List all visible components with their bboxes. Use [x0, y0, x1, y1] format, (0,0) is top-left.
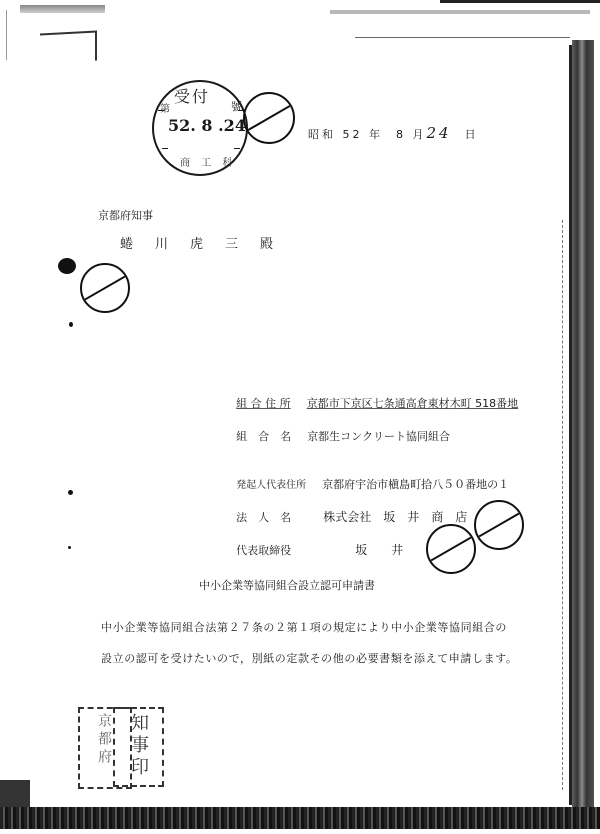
representative-seal-stamp — [474, 500, 524, 550]
receipt-seal-stamp — [80, 263, 130, 313]
seal-text: 京都府 — [94, 713, 114, 767]
body-line: 中小企業等協同組合法第２７条の２第１項の規定により中小企業等協同組合の — [101, 619, 507, 635]
page-border-dashed — [562, 220, 564, 790]
scan-edge-right — [572, 40, 594, 810]
personal-seal-stamp — [243, 92, 295, 144]
page-border-line — [355, 37, 570, 38]
scan-smudge — [20, 5, 105, 13]
stamp-tick — [162, 148, 168, 149]
field-label: 組 合 名 — [236, 430, 291, 443]
official-seal-right: 知事印 — [113, 707, 164, 787]
addressee-title: 京都府知事 — [98, 207, 153, 223]
field-label: 代表取締役 — [236, 544, 291, 557]
application-date: 昭和 52 年 8 月24 日 — [308, 124, 479, 142]
stamp-right-label: 號 — [231, 98, 242, 114]
scan-edge-left — [6, 10, 7, 60]
field-union-name: 組 合 名 京都生コンクリート協同組合 — [226, 403, 450, 445]
corner-fold-mark — [40, 31, 97, 64]
addressee-person: 蜷川虎三 — [120, 237, 260, 252]
date-year-unit: 年 — [369, 128, 383, 141]
date-day: 24 — [427, 124, 452, 142]
punch-mark — [68, 490, 73, 495]
date-month: 8 — [396, 128, 406, 141]
punch-mark — [69, 322, 73, 327]
punch-mark — [68, 546, 71, 549]
stamp-top-label: 受付 — [174, 84, 210, 107]
stamp-bottom-label: 商 工 科 — [180, 154, 236, 169]
body-line: 設立の認可を受けたいので，別紙の定款その他の必要書類を添えて申請します。 — [101, 650, 518, 666]
field-value: 京都生コンクリート協同組合 — [307, 430, 450, 443]
date-year: 52 — [343, 128, 363, 141]
scan-smudge — [330, 10, 590, 14]
seal-text: 知事印 — [125, 713, 151, 779]
corporate-seal-stamp — [426, 524, 476, 574]
scan-edge-bottom — [0, 807, 600, 829]
stamp-tick — [158, 110, 164, 111]
ink-blot — [58, 258, 76, 274]
date-era: 昭和 — [308, 128, 336, 141]
date-day-unit: 日 — [465, 128, 479, 141]
stamp-left-label: 第 — [160, 100, 170, 115]
document-title: 中小企業等協同組合設立認可申請書 — [199, 577, 375, 593]
addressee-name: 蜷川虎三殿 — [120, 233, 295, 252]
receipt-stamp: 受付 第 號 52. 8 .24 商 工 科 — [152, 80, 248, 176]
addressee-honorific: 殿 — [260, 237, 295, 252]
scan-edge-top — [440, 0, 600, 3]
stamp-tick — [234, 148, 240, 149]
date-month-unit: 月 — [413, 128, 427, 141]
stamp-date: 52. 8 .24 — [168, 116, 246, 135]
